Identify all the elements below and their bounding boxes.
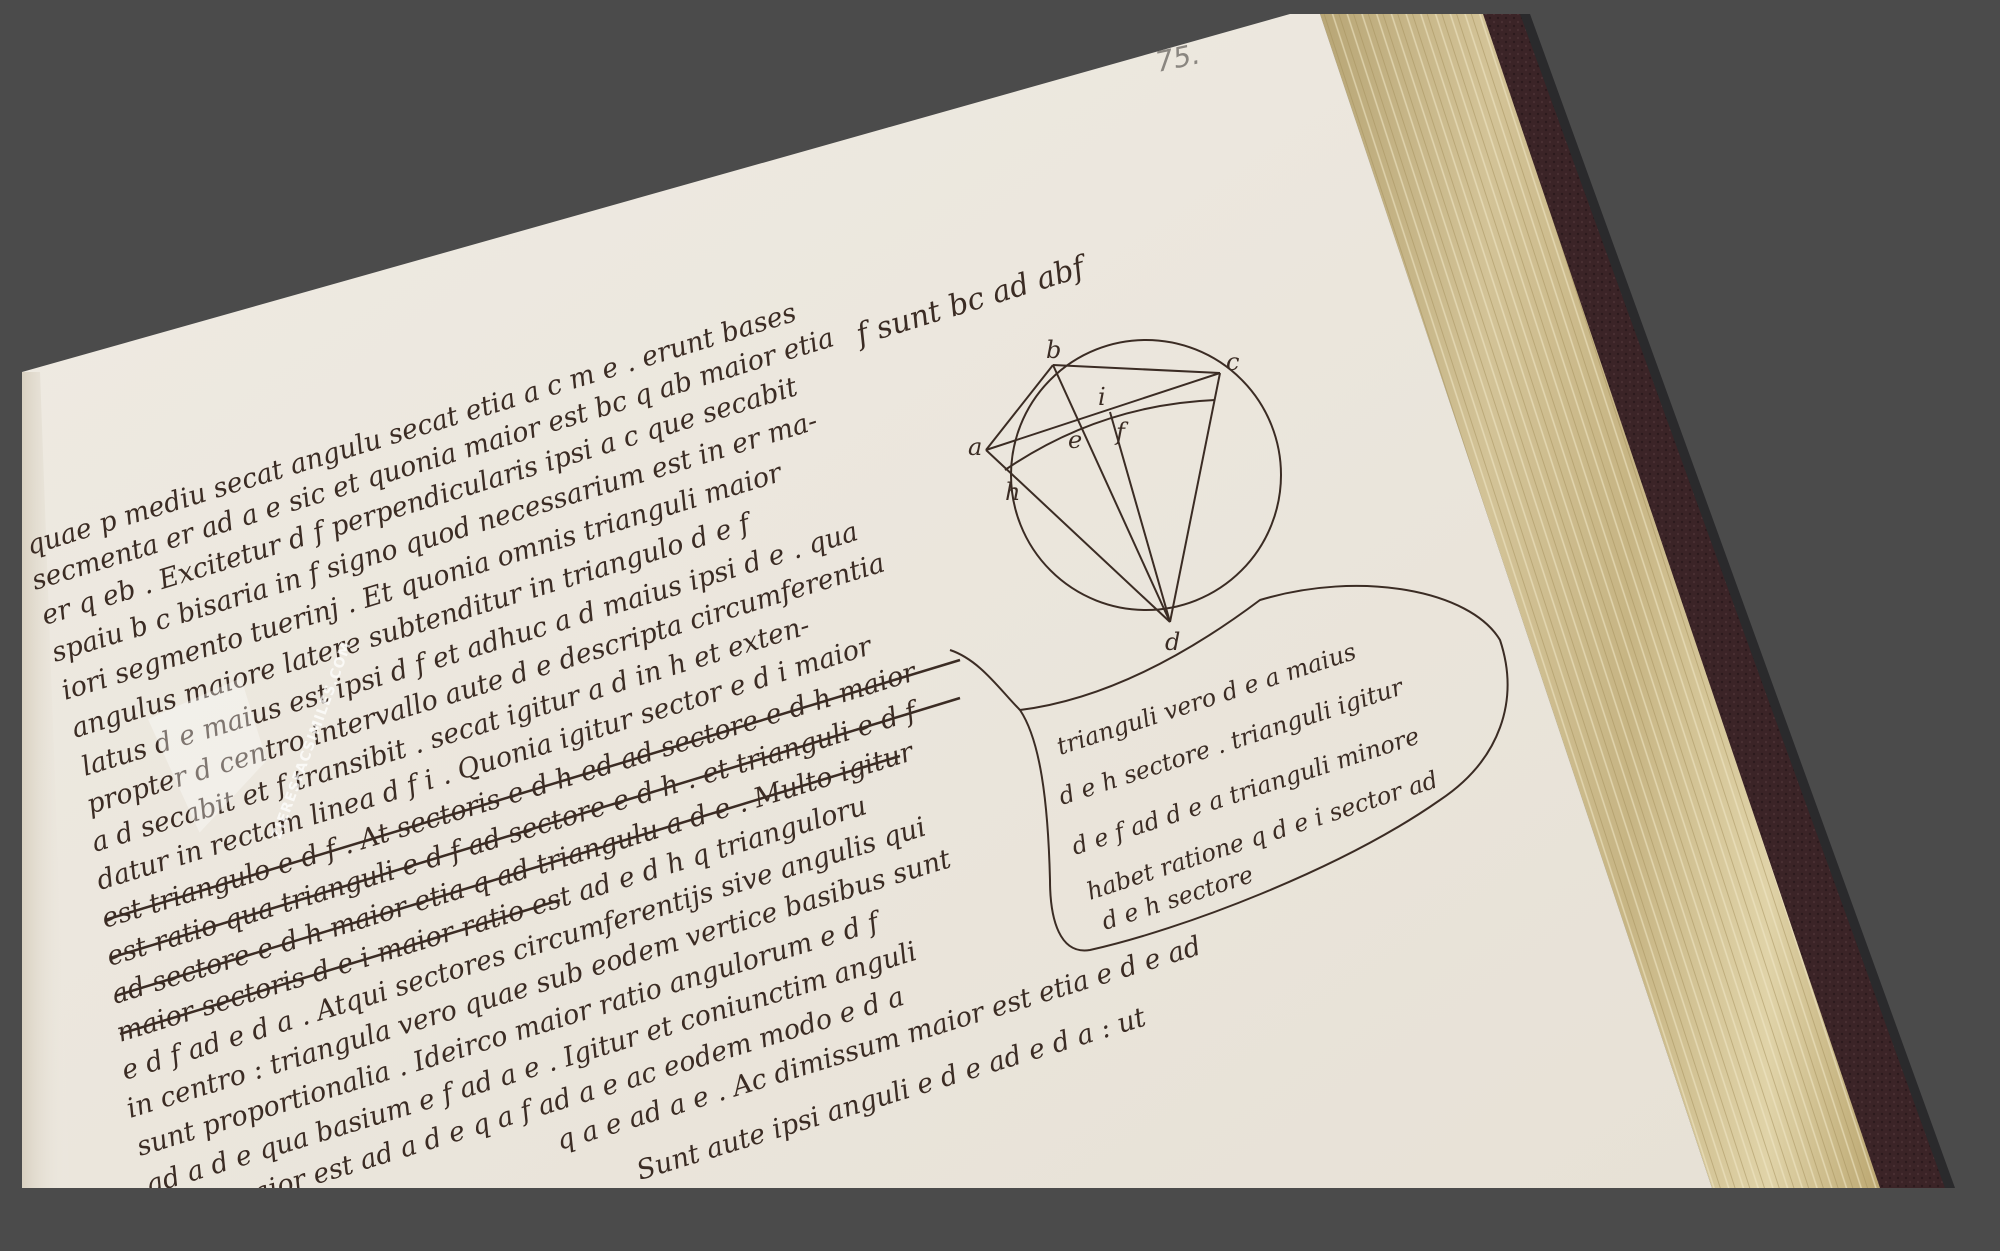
- svg-text:c: c: [1226, 348, 1239, 376]
- svg-text:d: d: [1165, 628, 1180, 656]
- svg-text:h: h: [1005, 478, 1020, 506]
- svg-text:e: e: [1068, 426, 1082, 454]
- manuscript-photo: 75. f sunt bc ad abf a b c d e f h i tri…: [0, 0, 2000, 1251]
- svg-text:a: a: [968, 433, 982, 461]
- bottom-background: [0, 1188, 2000, 1251]
- svg-text:b: b: [1046, 336, 1061, 364]
- svg-text:i: i: [1098, 383, 1106, 411]
